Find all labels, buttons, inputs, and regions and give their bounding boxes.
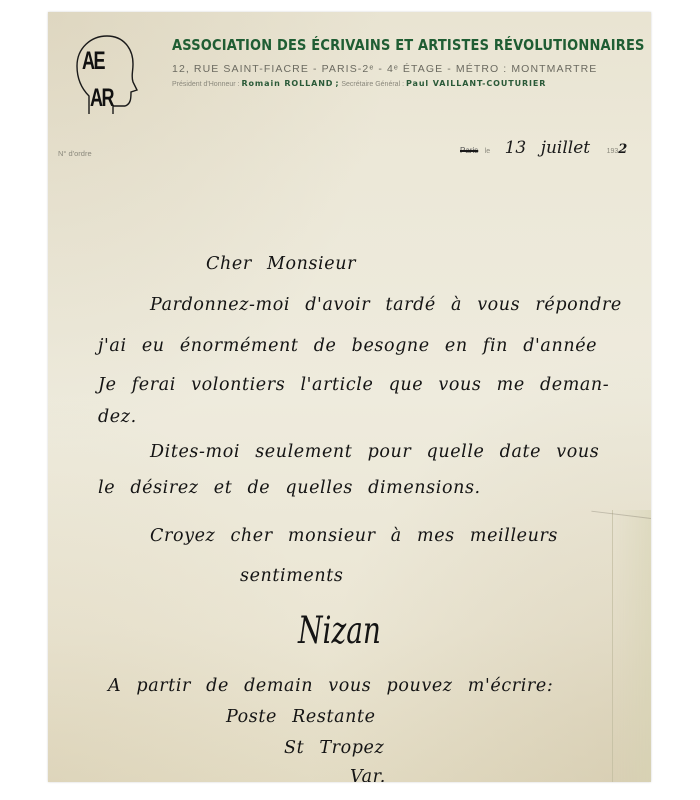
date-line: Paris le 13 juillet 1932 xyxy=(460,138,627,158)
letter-line: dez. xyxy=(98,407,137,427)
logo-ar: AR xyxy=(90,86,113,111)
closing-line: sentiments xyxy=(240,566,343,586)
salutation: Cher Monsieur xyxy=(206,254,356,274)
postscript-line: St Tropez xyxy=(284,738,384,758)
letter-line: le désirez et de quelles dimensions. xyxy=(98,478,481,498)
date-year-handwritten: 2 xyxy=(618,142,627,157)
organization-address: 12, RUE SAINT-FIACRE - PARIS-2ᵉ - 4ᵉ ÉTA… xyxy=(172,63,597,75)
organization-officers: Président d'Honneur : Romain ROLLAND ; S… xyxy=(172,79,546,88)
letter-line: Pardonnez-moi d'avoir tardé à vous répon… xyxy=(150,295,622,315)
secretary-name: Paul VAILLANT-COUTURIER xyxy=(406,79,546,88)
date-month: juillet xyxy=(541,138,590,158)
closing-line: Croyez cher monsieur à mes meilleurs xyxy=(150,526,558,546)
letter-line: Je ferai volontiers l'article que vous m… xyxy=(98,375,609,395)
struck-place: Paris xyxy=(460,146,478,155)
order-number-label: N° d'ordre xyxy=(58,149,92,158)
signature: Nizan xyxy=(298,608,381,653)
date-year-printed: 193 xyxy=(607,148,619,155)
logo-ae: AE xyxy=(82,49,104,74)
postscript-line: Poste Restante xyxy=(226,707,376,727)
postscript-line: A partir de demain vous pouvez m'écrire: xyxy=(108,676,553,696)
secretary-label: Secrétaire Général : xyxy=(341,81,404,88)
paper-fold xyxy=(612,510,651,782)
letter-sheet: AE AR ASSOCIATION DES ÉCRIVAINS ET ARTIS… xyxy=(48,12,651,782)
association-logo: AE AR xyxy=(75,34,139,118)
officers-separator: ; xyxy=(335,79,339,88)
postscript-line: Var. xyxy=(350,767,386,782)
date-day: 13 xyxy=(505,138,527,158)
date-le: le xyxy=(485,148,490,155)
president-label: Président d'Honneur : xyxy=(172,81,240,88)
president-name: Romain ROLLAND xyxy=(241,79,333,88)
letter-line: j'ai eu énormément de besogne en fin d'a… xyxy=(98,336,597,356)
organization-title: ASSOCIATION DES ÉCRIVAINS ET ARTISTES RÉ… xyxy=(172,36,645,54)
letter-line: Dites-moi seulement pour quelle date vou… xyxy=(150,442,599,462)
